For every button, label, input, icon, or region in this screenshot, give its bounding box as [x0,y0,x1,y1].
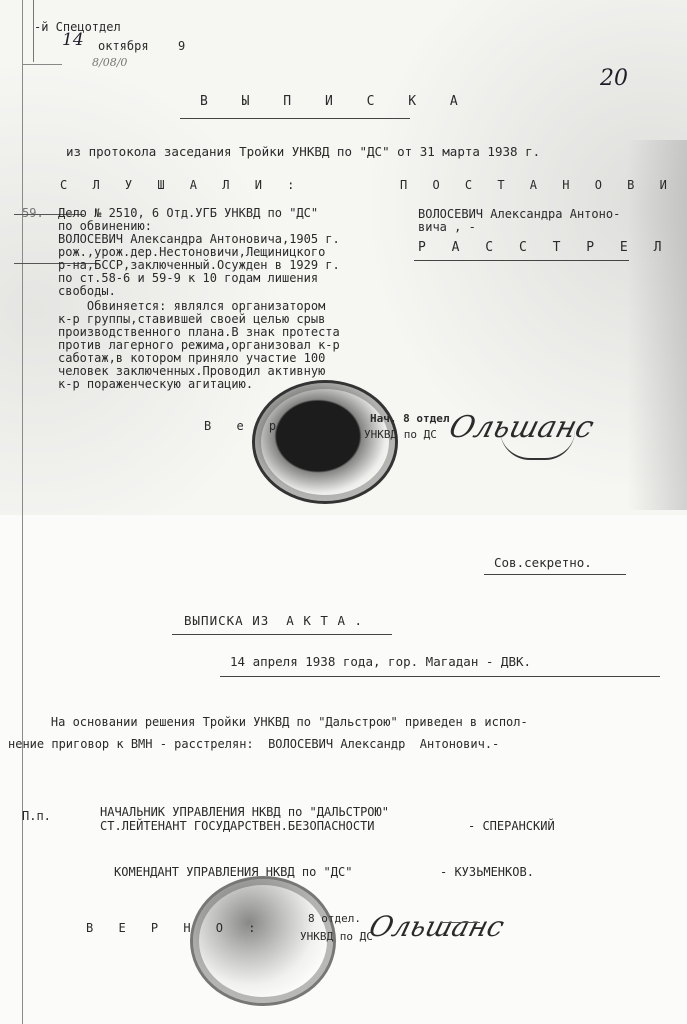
heard-line: свободы. [58,285,116,298]
handwritten-scribble: 8/08/0 [92,56,127,69]
decided-line: вича , - [418,221,476,234]
accusation-line: к-р пораженческую агитацию. [58,378,253,391]
classification-label: Сов.секретно. [494,556,592,569]
extract-title: В Ы П И С К А [200,95,471,108]
classification-underline [484,574,626,575]
signer2-name: - КУЗЬМЕНКОВ. [440,866,534,879]
header-tick-line [22,64,62,65]
official-stamp [252,380,398,504]
act-date-place: 14 апреля 1938 года, гор. Магадан - ДВК. [230,655,531,668]
verified-org2-line1: 8 отдел. [308,912,361,925]
verified-org-line1: Нач. 8 отдел [370,412,449,425]
signer1-rank: СТ.ЛЕЙТЕНАНТ ГОСУДАРСТВЕН.БЕЗОПАСНОСТИ [100,820,375,833]
signer2-title: КОМЕНДАНТ УПРАВЛЕНИЯ НКВД по "ДС" [114,866,352,879]
date-year: 9 [178,40,185,53]
signature-2-dash [440,922,480,923]
title-underline [180,118,410,119]
verified-org-line2: УНКВД по ДС [364,428,437,441]
scan-shadow-right [627,140,687,510]
verified-label-2: В Е Р Н О : [86,922,264,935]
signer1-title: НАЧАЛЬНИК УПРАВЛЕНИЯ НКВД по "ДАЛЬСТРОЮ" [100,806,389,819]
verified-label: В е р [204,420,285,433]
verdict: Р А С С Т Р Е Л Я Т Ь. [418,241,687,254]
decided-label: П О С Т А Н О В И Л И : [400,179,687,192]
signed-label: П.п. [22,810,51,823]
verified-org2-line2: УНКВД по ДС [300,930,373,943]
verdict-underline [414,260,629,261]
handwritten-day: 14 [62,34,84,47]
left-margin-line [22,0,23,1024]
act-body-line: На основании решения Тройки УНКВД по "Да… [22,716,528,729]
date-underline [220,676,660,677]
act-title-underline [172,634,392,635]
signature-2: Ольшанс [366,910,508,943]
date-month: октября [98,40,149,53]
act-body-line: нение приговор к ВМН - расстрелян: ВОЛОС… [8,738,499,751]
heard-label: С Л У Ш А Л И : [60,179,303,192]
scanned-document-page: -й Спецотдел 14 октября 9 8/08/0 20 В Ы … [0,0,687,1024]
protocol-subtitle: из протокола заседания Тройки УНКВД по "… [66,145,540,158]
act-title: ВЫПИСКА ИЗ А К Т А . [184,614,363,627]
page-number: 20 [600,72,628,85]
signer1-name: - СПЕРАНСКИЙ [468,820,555,833]
